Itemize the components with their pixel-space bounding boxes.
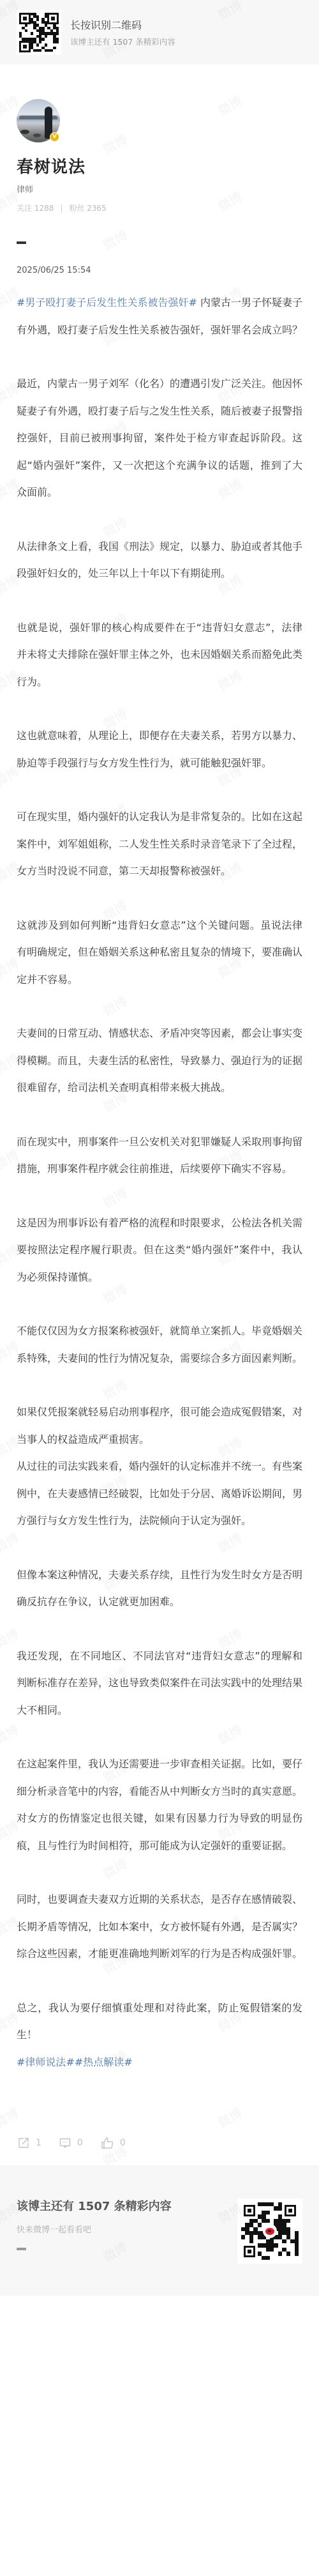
followers-label: 粉丝 — [69, 202, 84, 213]
paragraph-list: 最近，内蒙古一男子刘军（化名）的遭遇引发广泛关注。他因怀疑妻子有外遇，殴打妻子后… — [17, 370, 302, 2049]
post-paragraph: 但像本案这种情况，夫妻关系存续，且性行为发生时女方是否明确反抗存在争议，认定就更… — [17, 1562, 302, 1616]
post-intro: #男子殴打妻子后发生性关系被告强奸# 内蒙古一男子怀疑妻子有外遇，殴打妻子后发生… — [17, 289, 302, 344]
hashtag-link[interactable]: #男子殴打妻子后发生性关系被告强奸# — [17, 296, 197, 309]
repost-button[interactable]: 1 — [18, 2137, 41, 2149]
divider-bar — [17, 241, 26, 244]
post-paragraph: 这是因为刑事诉讼有着严格的流程和时限要求，公检法各机关需要按照法定程序履行职责。… — [17, 1210, 302, 1292]
post-paragraph: 如果仅凭报案就轻易启动刑事程序，很可能会造成冤假错案，对当事人的权益造成严重损害… — [17, 1399, 302, 1453]
post-paragraph: 从法律条文上看，我国《刑法》规定，以暴力、胁迫或者其他手段强奸妇女的，处三年以上… — [17, 533, 302, 588]
post-paragraph: 我还发现，在不同地区、不同法官对“违背妇女意志”的理解和判断标准存在差异，这也导… — [17, 1643, 302, 1725]
comment-button[interactable]: 0 — [59, 2137, 83, 2149]
repost-count: 1 — [36, 2138, 41, 2148]
like-count: 0 — [120, 2138, 126, 2148]
verified-badge-icon: V — [50, 132, 59, 142]
post-paragraph: 总之，我认为要仔细慎重处理和对待此案，防止冤假错案的发生！ — [17, 1995, 302, 2049]
avatar-wrapper[interactable]: V — [17, 99, 60, 142]
profile-section: V 春树说法 律师 关注 1288 | 粉丝 2365 2025/06/25 1… — [0, 65, 319, 275]
following-label: 关注 — [17, 202, 32, 213]
post-paragraph: 这也就意味着，从理论上，即便存在夫妻关系，若男方以暴力、胁迫等手段强行与女方发生… — [17, 722, 302, 777]
post-paragraph: 而在现实中，刑事案件一旦公安机关对犯罪嫌疑人采取刑事拘留措施，刑事案件程序就会往… — [17, 1129, 302, 1183]
comment-count: 0 — [77, 2138, 83, 2148]
following-count[interactable]: 1288 — [34, 204, 54, 213]
like-button[interactable]: 0 — [101, 2137, 126, 2149]
followers-count[interactable]: 2365 — [87, 204, 107, 213]
weibo-qr-code-icon — [237, 2199, 302, 2264]
top-qr-banner[interactable]: 长按识别二维码 该博主还有 1507 条精彩内容 — [0, 0, 319, 65]
post-paragraph: 夫妻间的日常互动、情感状态、矛盾冲突等因素，都会让事实变得模糊。而且，夫妻生活的… — [17, 1020, 302, 1102]
footer-qr-banner[interactable]: 该博主还有 1507 条精彩内容 快来微博一起看看吧 — [0, 2165, 319, 2296]
profile-stats: 关注 1288 | 粉丝 2365 — [17, 202, 302, 213]
post-paragraph: 从过往的司法实践来看，婚内强奸的认定标准并不统一。有些案例中，在夫妻感情已经破裂… — [17, 1453, 302, 1535]
comment-icon — [59, 2137, 71, 2149]
post-paragraph: 不能仅仅因为女方报案称被强奸，就简单立案抓人。毕竟婚姻关系特殊，夫妻间的性行为情… — [17, 1318, 302, 1372]
footer-divider-bar — [17, 2248, 26, 2250]
post-paragraph: 这就涉及到如何判断“违背妇女意志”这个关键问题。虽说法律有明确规定，但在婚姻关系… — [17, 912, 302, 994]
stats-separator: | — [60, 204, 63, 213]
banner-title: 长按识别二维码 — [70, 17, 175, 32]
profile-name[interactable]: 春树说法 — [17, 154, 302, 178]
post-actions: 1 0 0 — [0, 2076, 319, 2165]
qr-code-icon — [17, 10, 61, 55]
weibo-logo-icon — [263, 2224, 277, 2238]
post-paragraph: 在这起案件里，我认为还需要进一步审查相关证据。比如，要仔细分析录音笔中的内容，看… — [17, 1751, 302, 1859]
profile-bio: 律师 — [17, 183, 302, 195]
banner-subtitle: 该博主还有 1507 条精彩内容 — [70, 36, 175, 47]
post-paragraph: 也就是说，强奸罪的核心构成要件在于“违背妇女意志”，法律并未将丈夫排除在强奸罪主… — [17, 614, 302, 696]
post-body: #男子殴打妻子后发生性关系被告强奸# 内蒙古一男子怀疑妻子有外遇，殴打妻子后发生… — [0, 289, 319, 2076]
post-paragraph: 同时，也要调查夫妻双方近期的关系状态，是否存在感情破裂、长期矛盾等情况，比如本案… — [17, 1886, 302, 1968]
post-paragraph: 可在现实里，婚内强奸的认定我认为是非常复杂的。比如在这起案件中，刘军姐姐称，二人… — [17, 804, 302, 885]
post-paragraph: 最近，内蒙古一男子刘军（化名）的遭遇引发广泛关注。他因怀疑妻子有外遇，殴打妻子后… — [17, 370, 302, 507]
post-timestamp: 2025/06/25 15:54 — [17, 266, 302, 275]
like-icon — [101, 2137, 114, 2149]
repost-icon — [18, 2137, 29, 2149]
post-tags[interactable]: #律师说法##热点解读# — [17, 2049, 302, 2077]
